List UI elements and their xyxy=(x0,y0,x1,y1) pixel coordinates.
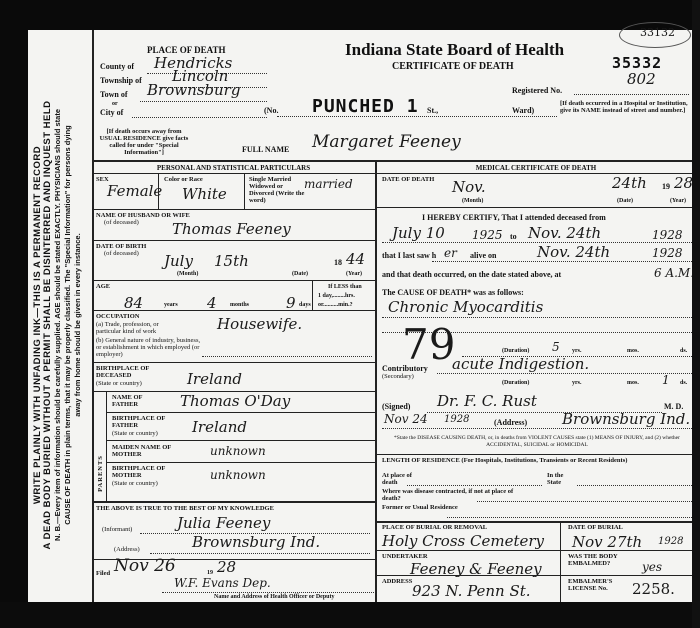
occupation-value: Housewife. xyxy=(217,315,302,333)
town-value: Brownsburg xyxy=(147,81,240,99)
duration2-label: (Duration) xyxy=(502,380,529,386)
signed-year: 1928 xyxy=(444,414,469,425)
years-label: years xyxy=(164,302,178,308)
death-time: 6 A.M. xyxy=(654,266,694,280)
certificate-subtitle: CERTIFICATE OF DEATH xyxy=(392,61,514,72)
last-saw-label: that I last saw h xyxy=(382,251,436,260)
medical-address-label: (Address) xyxy=(494,418,527,427)
undertaker-label: UNDERTAKER xyxy=(382,553,428,560)
town-label: Town of xyxy=(100,90,128,99)
death-day-caption: (Date) xyxy=(617,198,633,204)
age-label: AGE xyxy=(96,283,110,290)
or-min-label: or..........min.? xyxy=(318,302,353,308)
cause-label: The CAUSE OF DEATH* was as follows: xyxy=(382,288,524,297)
undertaker-address-label: ADDRESS xyxy=(382,578,412,585)
duration2-ds-label: ds. xyxy=(680,380,687,386)
township-label: Township of xyxy=(100,76,142,85)
death-day: 24th xyxy=(612,174,647,192)
last-saw-date: Nov. 24th xyxy=(537,243,610,261)
side-note-cause: CAUSE OF DEATH in plain terms, that it m… xyxy=(63,45,73,605)
birthplace-value: Ireland xyxy=(187,370,242,388)
side-instructions: WRITE PLAINLY WITH UNFADING INK—THIS IS … xyxy=(28,30,94,602)
cause-code: 79 xyxy=(402,320,455,369)
contributory-value: acute Indigestion. xyxy=(452,355,589,373)
city-label: City of xyxy=(100,108,123,117)
color-value: White xyxy=(182,185,227,203)
death-occurred-text: and that death occurred, on the date sta… xyxy=(382,270,561,279)
death-year-caption: (Year) xyxy=(670,198,686,204)
mother-value: unknown xyxy=(210,444,266,458)
registered-label: Registered No. xyxy=(512,86,562,95)
registered-number: 802 xyxy=(627,70,656,88)
burial-year-value: 1928 xyxy=(658,536,683,547)
contributory-sublabel: (Secondary) xyxy=(382,373,414,380)
dob-year-prefix: 18 xyxy=(334,258,342,267)
death-month-caption: (Month) xyxy=(462,198,483,204)
days-label: days xyxy=(299,302,311,308)
certificate-form: PLACE OF DEATH County of Hendricks Towns… xyxy=(92,30,696,602)
disease-contracted-label: Where was disease contracted, if not at … xyxy=(382,488,532,502)
full-name-value: Margaret Feeney xyxy=(312,132,461,152)
license-value: 2258. xyxy=(632,580,675,598)
signed-label: (Signed) xyxy=(382,402,410,411)
marital-label: Single Married Widowed or Divorced (Writ… xyxy=(249,176,309,204)
dob-month-caption: (Month) xyxy=(177,271,198,277)
embalmed-value: yes xyxy=(642,560,662,574)
residence-label: LENGTH OF RESIDENCE (For Hospitals, Inst… xyxy=(382,457,682,464)
undertaker-address-value: 923 N. Penn St. xyxy=(412,582,531,600)
side-note-nb: N. B.—Every item of information should b… xyxy=(53,45,63,605)
physician-signature: Dr. F. C. Rust xyxy=(437,392,537,410)
duration2-yrs-label: yrs. xyxy=(572,380,582,386)
informant-address-label: (Address) xyxy=(114,546,140,553)
birthplace-label: BIRTHPLACE OF DECEASED xyxy=(96,365,171,379)
medical-heading: MEDICAL CERTIFICATE OF DEATH xyxy=(376,164,696,173)
personal-heading: PERSONAL AND STATISTICAL PARTICULARS xyxy=(92,164,375,173)
to-label: to xyxy=(510,232,517,241)
dob-label: DATE OF BIRTH xyxy=(96,243,146,250)
punched-stamp: PUNCHED 1 xyxy=(312,96,419,117)
father-birthplace-value: Ireland xyxy=(192,418,247,436)
in-state-label: In the State xyxy=(547,472,577,486)
no-label: (No. xyxy=(264,106,278,115)
father-label: NAME OF FATHER xyxy=(112,394,167,408)
health-officer-caption: Name and Address of Health Officer or De… xyxy=(214,594,335,600)
death-year-prefix: 19 xyxy=(662,182,670,191)
burial-date-label: DATE OF BURIAL xyxy=(568,524,623,531)
full-name-label: FULL NAME xyxy=(242,145,289,154)
occupation-b-label: (b) General nature of industry, business… xyxy=(96,337,201,358)
physician-address: Brownsburg Ind. xyxy=(562,410,690,428)
marital-value: married xyxy=(304,177,353,191)
mother-label: MAIDEN NAME OF MOTHER xyxy=(112,444,172,458)
duration1-ds-label: ds. xyxy=(680,348,687,354)
duration1-label: (Duration) xyxy=(502,348,529,354)
hospital-note: [If death occurred in a Hospital or Inst… xyxy=(560,100,692,114)
father-birthplace-sublabel: (State or country) xyxy=(112,430,158,437)
father-value: Thomas O'Day xyxy=(180,392,290,410)
filed-year: 28 xyxy=(217,558,236,576)
mother-birthplace-sublabel: (State or country) xyxy=(112,480,158,487)
attended-from-date: July 10 xyxy=(392,224,445,242)
duration2-mos-label: mos. xyxy=(627,380,639,386)
sex-value: Female xyxy=(107,182,162,200)
months-label: months xyxy=(230,302,249,308)
ward-label: Ward) xyxy=(512,106,534,115)
signed-date: Nov 24 xyxy=(384,412,428,426)
burial-place-value: Holy Cross Cemetery xyxy=(382,532,544,550)
contributory-label: Contributory xyxy=(382,364,428,373)
spouse-label: NAME OF HUSBAND OR WIFE xyxy=(96,212,190,219)
usual-residence-note: [If death occurs away from USUAL RESIDEN… xyxy=(98,128,190,156)
scan-border-bottom xyxy=(0,602,700,628)
embalmed-label: WAS THE BODY EMBALMED? xyxy=(568,553,638,567)
death-month: Nov. xyxy=(452,178,486,196)
spouse-sublabel: (of deceased) xyxy=(104,219,139,226)
informant-label: (Informant) xyxy=(102,526,132,533)
dob-year: 44 xyxy=(346,250,365,268)
former-residence-label: Former or Usual Residence xyxy=(382,504,472,511)
parents-label: PARENTS xyxy=(97,455,104,492)
filed-date: Nov 26 xyxy=(114,556,176,576)
one-day-label: 1 day,........hrs. xyxy=(318,293,355,299)
occupation-label: OCCUPATION xyxy=(96,313,139,320)
death-certificate: WRITE PLAINLY WITH UNFADING INK—THIS IS … xyxy=(28,30,696,602)
occupation-a-label: (a) Trade, profession, or particular kin… xyxy=(96,321,181,335)
duration1-yrs-label: yrs. xyxy=(572,348,582,354)
date-of-death-label: DATE OF DEATH xyxy=(382,176,434,183)
informant-address-value: Brownsburg Ind. xyxy=(192,533,320,551)
dob-year-caption: (Year) xyxy=(346,271,362,277)
informant-heading: THE ABOVE IS TRUE TO THE BEST OF MY KNOW… xyxy=(96,505,274,512)
attended-from-year: 1925 xyxy=(472,228,503,242)
father-birthplace-label: BIRTHPLACE OF FATHER xyxy=(112,415,172,429)
scan-border-right xyxy=(692,0,700,628)
duration1-mos-label: mos. xyxy=(627,348,639,354)
dob-day: 15th xyxy=(214,252,249,270)
cause-footnote: *State the DISEASE CAUSING DEATH, or, in… xyxy=(392,435,682,449)
burial-place-label: PLACE OF BURIAL OR REMOVAL xyxy=(382,524,487,531)
side-note-burial-permit: A DEAD BODY BURIED WITHOUT A PERMIT SHAL… xyxy=(43,45,53,605)
birthplace-sublabel: (State or country) xyxy=(96,380,142,387)
last-saw-year: 1928 xyxy=(652,246,683,260)
informant-value: Julia Feeney xyxy=(177,514,270,532)
circled-number: 33132 xyxy=(640,26,675,39)
mother-birthplace-value: unknown xyxy=(210,468,266,482)
color-label: Color or Race xyxy=(164,176,203,183)
alive-on-label: alive on xyxy=(470,251,496,260)
cause-value: Chronic Myocarditis xyxy=(388,298,543,316)
mother-birthplace-label: BIRTHPLACE OF MOTHER xyxy=(112,465,172,479)
burial-date-value: Nov 27th xyxy=(572,533,642,551)
certificate-title: Indiana State Board of Health xyxy=(345,40,564,60)
filed-label: Filed xyxy=(96,570,110,577)
duration2-days: 1 xyxy=(662,373,670,387)
st-label: St., xyxy=(427,106,438,115)
dob-month: July xyxy=(164,252,193,270)
dob-day-caption: (Date) xyxy=(292,271,308,277)
health-officer-signature: W.F. Evans Dep. xyxy=(174,576,271,590)
duration1-years: 5 xyxy=(552,340,560,354)
death-year: 28 xyxy=(674,174,693,192)
attended-to-year: 1928 xyxy=(652,228,683,242)
dob-sublabel: (of deceased) xyxy=(104,250,139,257)
county-label: County of xyxy=(100,62,134,71)
last-saw-pronoun: er xyxy=(444,246,457,260)
at-place-label: At place of death xyxy=(382,472,422,486)
certify-statement: I HEREBY CERTIFY, That I attended deceas… xyxy=(422,213,606,222)
license-label: EMBALMER'S LICENSE No. xyxy=(568,578,623,592)
spouse-value: Thomas Feeney xyxy=(172,220,291,238)
side-note-away: away from home should be given in every … xyxy=(73,45,83,605)
attended-to-date: Nov. 24th xyxy=(528,224,601,242)
if-less-label: If LESS than xyxy=(328,284,362,290)
